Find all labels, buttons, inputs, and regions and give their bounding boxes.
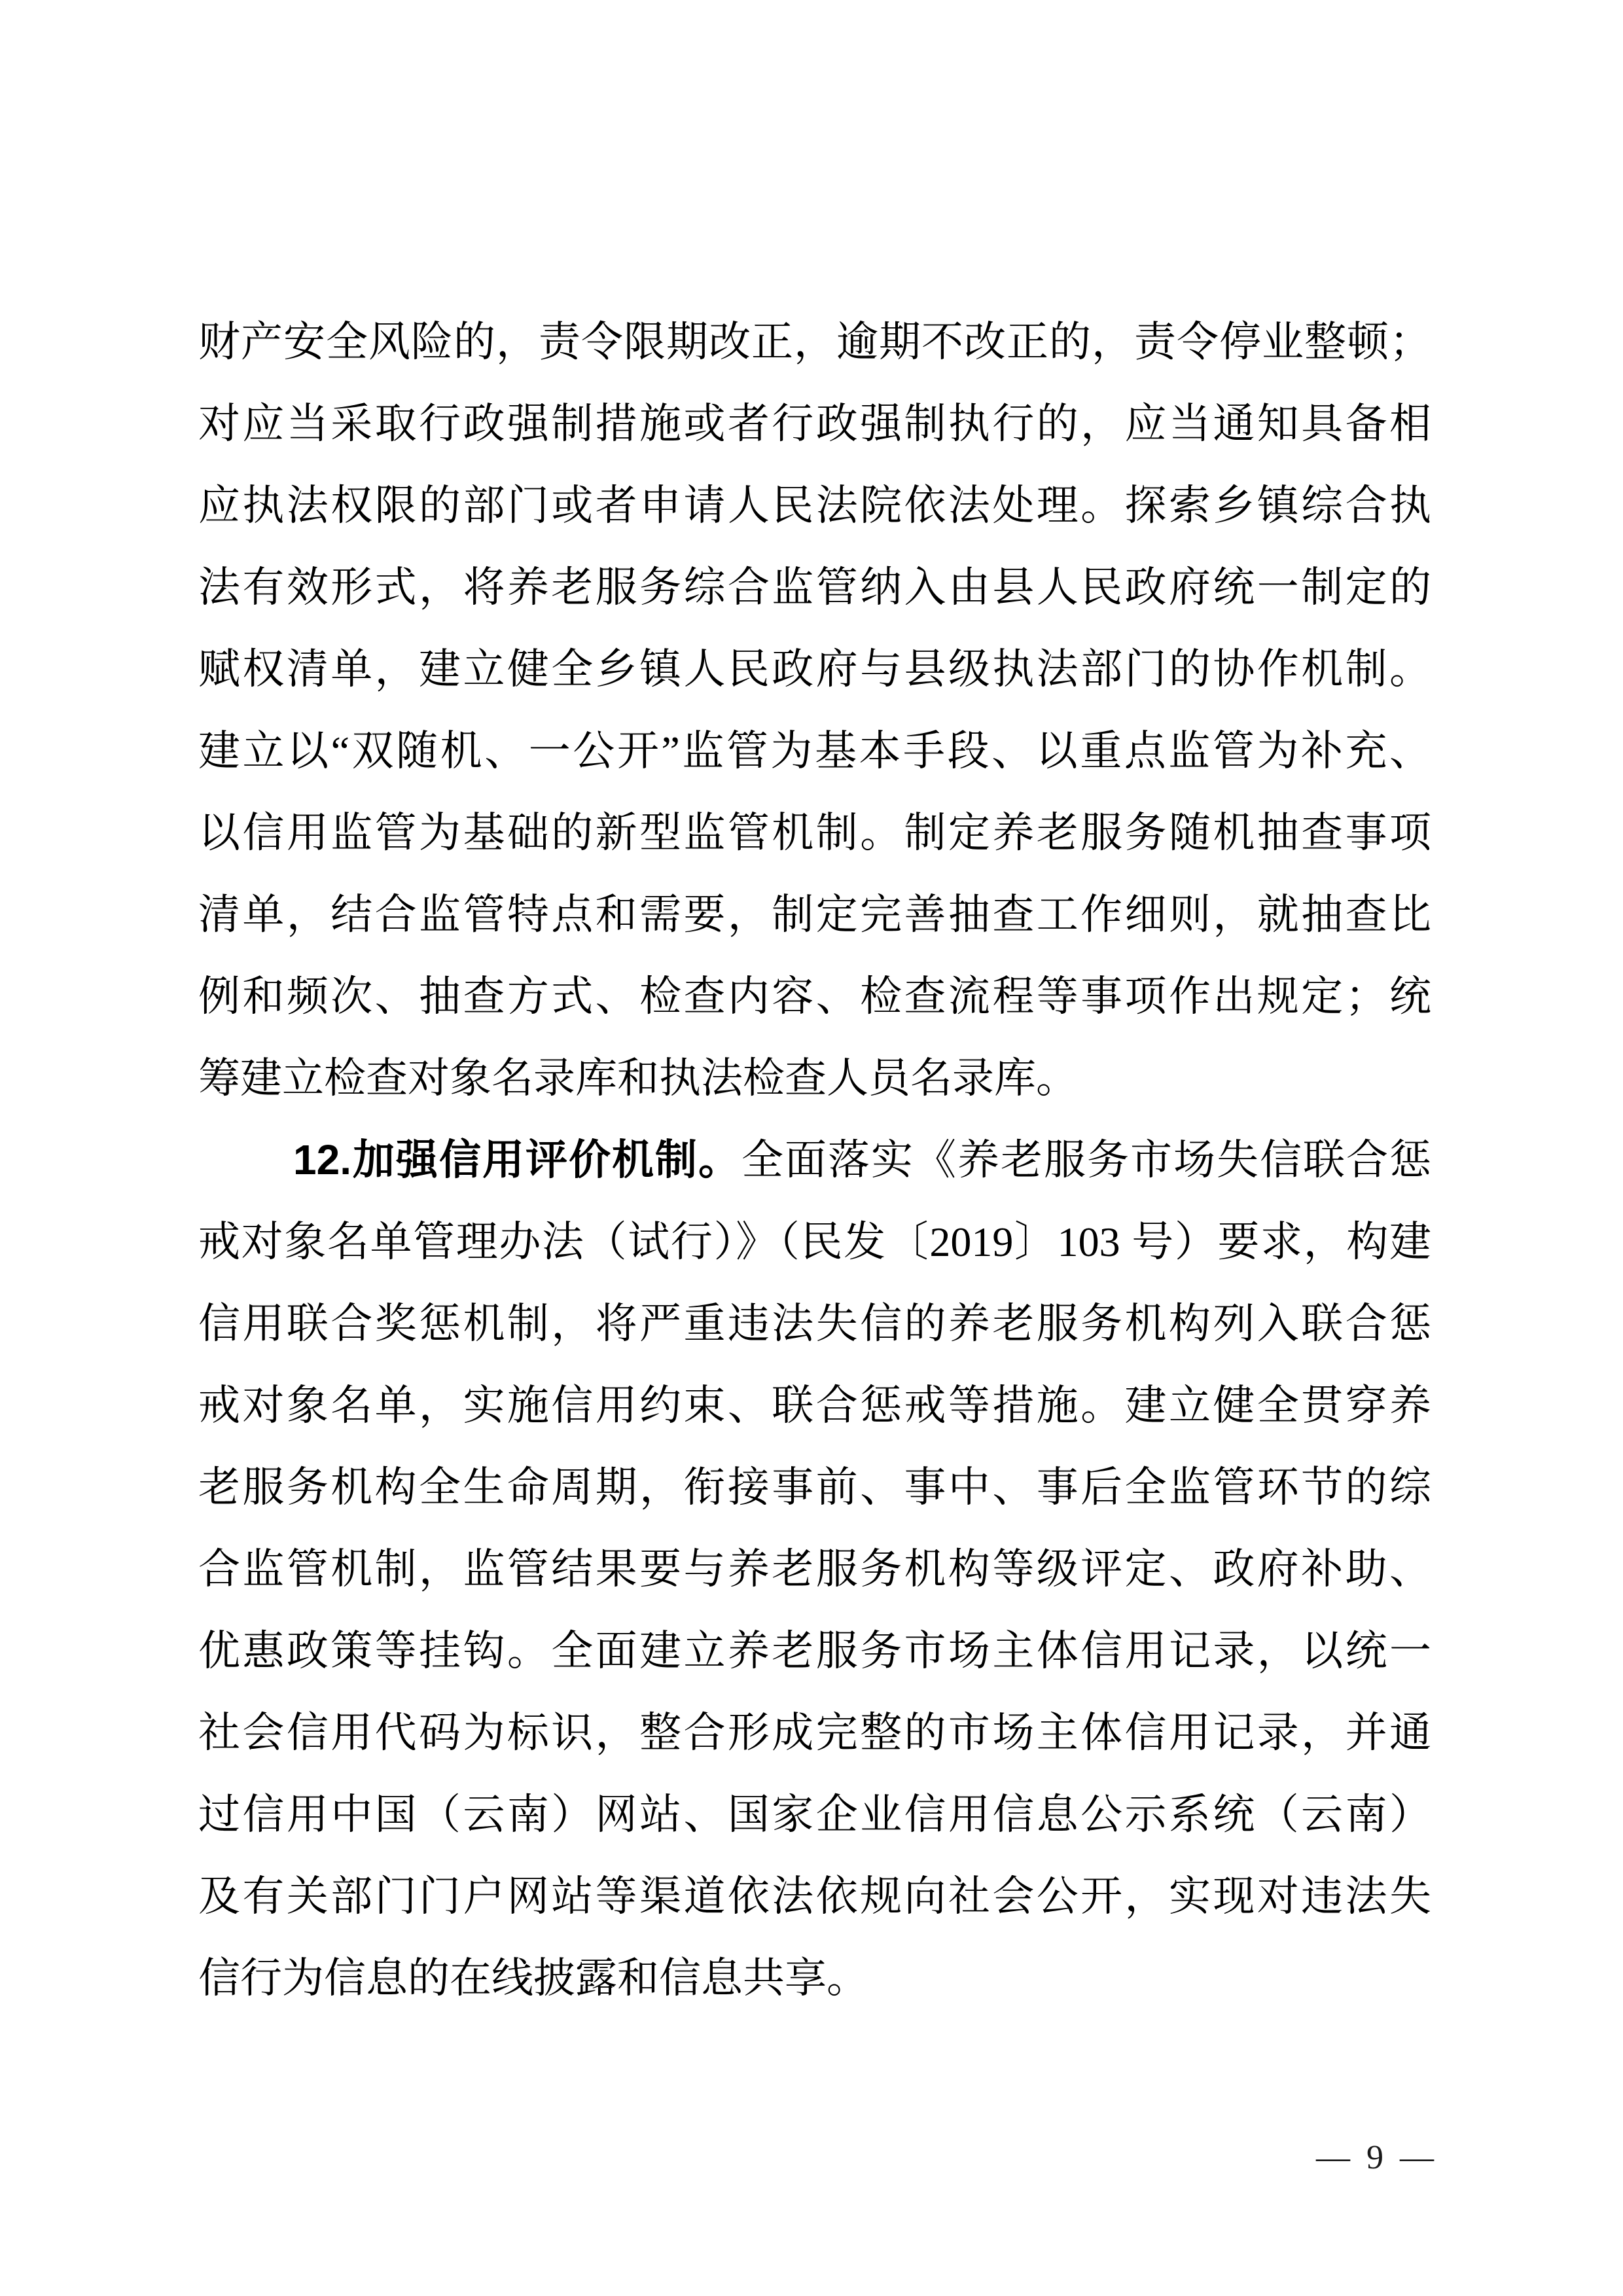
text-line: 过信用中国（云南）网站、国家企业信用信息公示系统（云南） <box>198 1774 1431 1856</box>
text-line: 筹建立检查对象名录库和执法检查人员名录库。 <box>198 1037 1431 1119</box>
text-line: 应执法权限的部门或者申请人民法院依法处理。探索乡镇综合执 <box>198 465 1431 547</box>
text-block: 财产安全风险的，责令限期改正，逾期不改正的，责令停业整顿；对应当采取行政强制措施… <box>198 301 1431 2019</box>
document-page: 财产安全风险的，责令限期改正，逾期不改正的，责令停业整顿；对应当采取行政强制措施… <box>0 0 1623 2296</box>
text-line: 清单，结合监管特点和需要，制定完善抽查工作细则，就抽查比 <box>198 874 1431 956</box>
text-line: 优惠政策等挂钩。全面建立养老服务市场主体信用记录，以统一 <box>198 1610 1431 1692</box>
line-text: 全面落实《养老服务市场失信联合惩 <box>741 1137 1431 1183</box>
text-line: 信行为信息的在线披露和信息共享。 <box>198 1937 1431 2019</box>
text-line: 信用联合奖惩机制，将严重违法失信的养老服务机构列入联合惩 <box>198 1283 1431 1365</box>
text-line: 赋权清单，建立健全乡镇人民政府与县级执法部门的协作机制。 <box>198 628 1431 710</box>
text-line: 及有关部门门户网站等渠道依法依规向社会公开，实现对违法失 <box>198 1856 1431 1937</box>
paragraph-heading: 12.加强信用评价机制。 <box>293 1136 741 1183</box>
text-line: 戒对象名单管理办法（试行）》（民发〔2019〕103 号）要求，构建 <box>198 1201 1431 1283</box>
text-line: 财产安全风险的，责令限期改正，逾期不改正的，责令停业整顿； <box>198 301 1431 383</box>
text-line: 12.加强信用评价机制。全面落实《养老服务市场失信联合惩 <box>198 1119 1431 1201</box>
text-line: 合监管机制，监管结果要与养老服务机构等级评定、政府补助、 <box>198 1528 1431 1610</box>
text-line: 老服务机构全生命周期，衔接事前、事中、事后全监管环节的综 <box>198 1446 1431 1528</box>
text-line: 社会信用代码为标识，整合形成完整的市场主体信用记录，并通 <box>198 1692 1431 1774</box>
text-line: 建立以“双随机、一公开”监管为基本手段、以重点监管为补充、 <box>198 710 1431 792</box>
text-line: 例和频次、抽查方式、检查内容、检查流程等事项作出规定；统 <box>198 956 1431 1037</box>
text-line: 法有效形式，将养老服务综合监管纳入由县人民政府统一制定的 <box>198 547 1431 628</box>
page-number: — 9 — <box>1316 2128 1438 2187</box>
text-line: 戒对象名单，实施信用约束、联合惩戒等措施。建立健全贯穿养 <box>198 1365 1431 1446</box>
text-line: 对应当采取行政强制措施或者行政强制执行的，应当通知具备相 <box>198 383 1431 465</box>
text-line: 以信用监管为基础的新型监管机制。制定养老服务随机抽查事项 <box>198 792 1431 874</box>
